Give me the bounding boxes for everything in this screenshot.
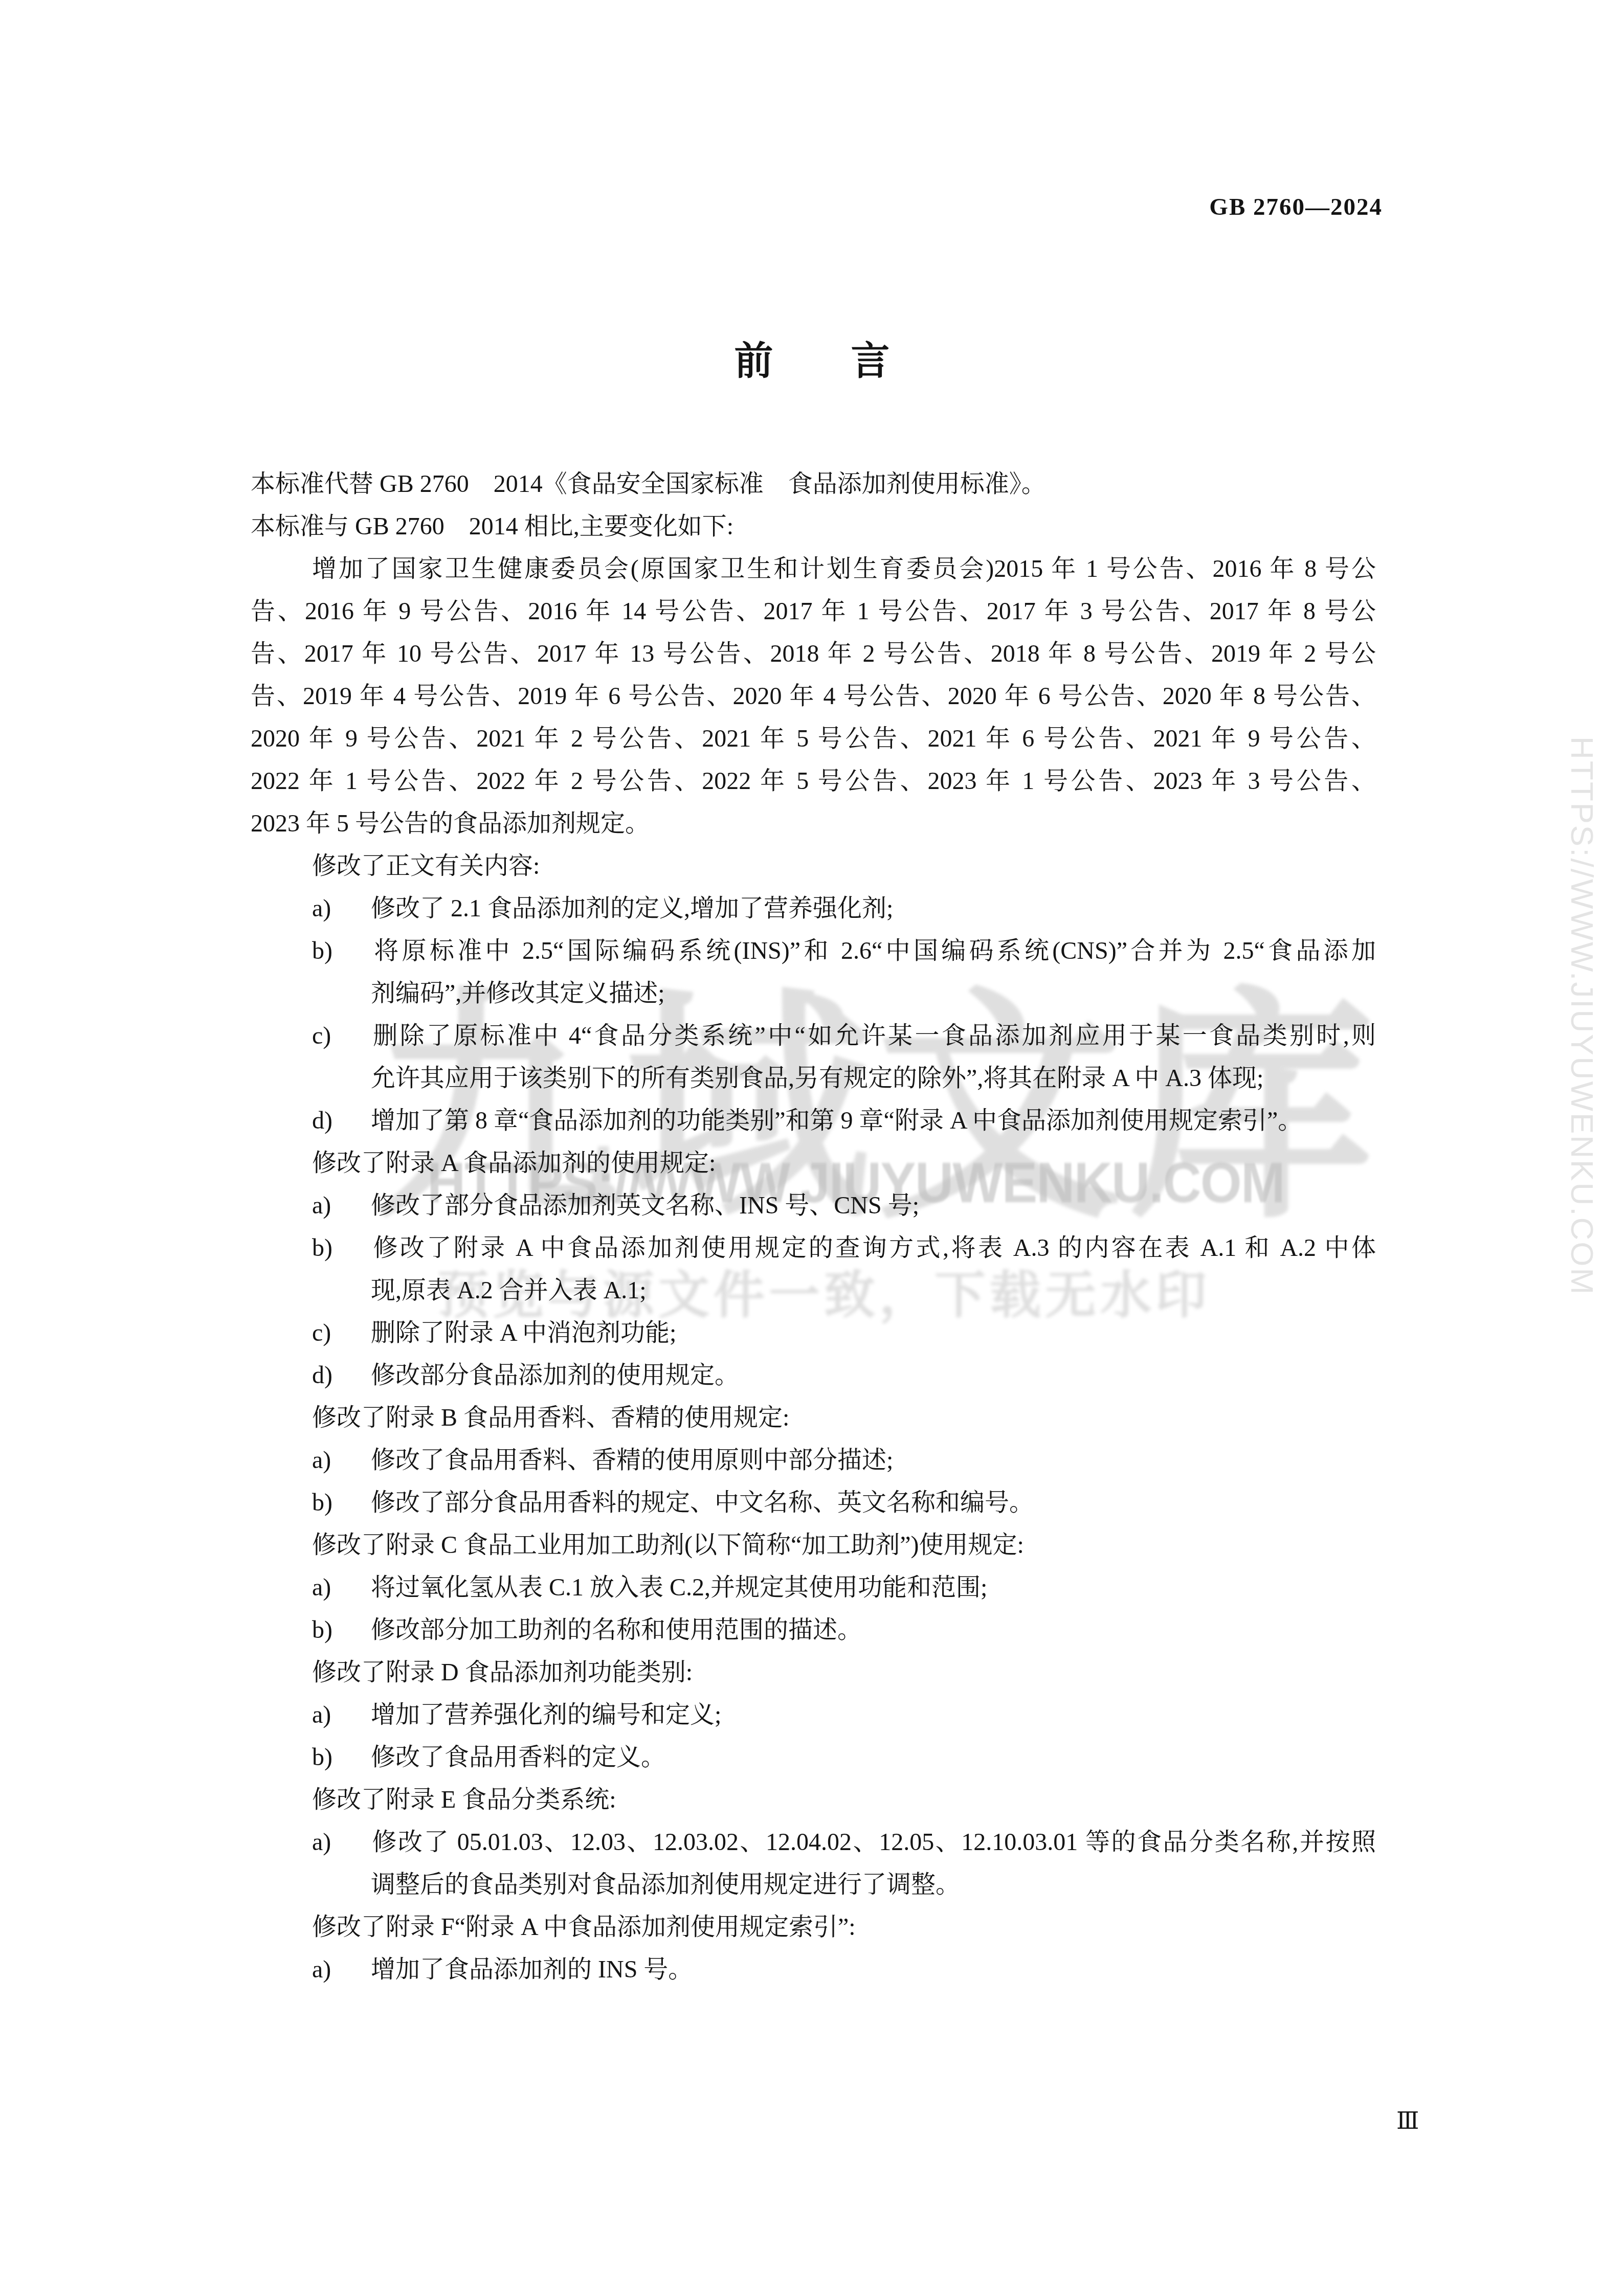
line-text: 2023 年 5 号公告的食品添加剂规定。 <box>251 810 650 837</box>
text-line: b)修改了附录 A 中食品添加剂使用规定的查询方式,将表 A.3 的内容在表 A… <box>312 1227 1376 1269</box>
text-line: b)修改了部分食品用香料的规定、中文名称、英文名称和编号。 <box>312 1481 1376 1524</box>
line-text: 修改了 2.1 食品添加剂的定义,增加了营养强化剂; <box>371 895 893 922</box>
list-marker: b) <box>312 1736 371 1779</box>
text-line: a)修改了部分食品添加剂英文名称、INS 号、CNS 号; <box>312 1184 1376 1227</box>
line-text: 2020 年 9 号公告、2021 年 2 号公告、2021 年 5 号公告、2… <box>251 725 1376 752</box>
line-text: 修改了部分食品用香料的规定、中文名称、英文名称和编号。 <box>371 1489 1034 1516</box>
document-lines: 本标准代替 GB 2760 2014《食品安全国家标准 食品添加剂使用标准》。本… <box>251 463 1376 1991</box>
text-line: b)修改部分加工助剂的名称和使用范围的描述。 <box>312 1609 1376 1651</box>
line-text: 2022 年 1 号公告、2022 年 2 号公告、2022 年 5 号公告、2… <box>251 768 1376 795</box>
line-text: 修改部分加工助剂的名称和使用范围的描述。 <box>371 1616 862 1644</box>
text-line: 修改了附录 A 食品添加剂的使用规定: <box>312 1142 1376 1184</box>
text-line: 告、2016 年 9 号公告、2016 年 14 号公告、2017 年 1 号公… <box>251 590 1376 633</box>
list-marker: d) <box>312 1099 371 1142</box>
line-text: 修改了部分食品添加剂英文名称、INS 号、CNS 号; <box>371 1192 919 1219</box>
line-text: 修改了附录 D 食品添加剂功能类别: <box>312 1659 693 1686</box>
document-page: GB 2760—2024 前 言 九域文库 HTTPS://WWW.JIUYUW… <box>0 0 1624 2296</box>
line-text: 增加了营养强化剂的编号和定义; <box>371 1701 721 1728</box>
text-line: 告、2017 年 10 号公告、2017 年 13 号公告、2018 年 2 号… <box>251 633 1376 675</box>
line-text: 删除了附录 A 中消泡剂功能; <box>371 1319 676 1346</box>
text-line: 现,原表 A.2 合并入表 A.1; <box>371 1269 1376 1312</box>
text-line: c)删除了附录 A 中消泡剂功能; <box>312 1312 1376 1354</box>
text-line: 2022 年 1 号公告、2022 年 2 号公告、2022 年 5 号公告、2… <box>251 760 1376 802</box>
text-line: 调整后的食品类别对食品添加剂使用规定进行了调整。 <box>371 1863 1376 1906</box>
text-line: c)删除了原标准中 4“食品分类系统”中“如允许某一食品添加剂应用于某一食品类别… <box>312 1015 1376 1057</box>
page-number: Ⅲ <box>1396 2107 1419 2134</box>
list-marker: c) <box>312 1015 371 1057</box>
text-line: a)增加了营养强化剂的编号和定义; <box>312 1694 1376 1736</box>
line-text: 修改部分食品添加剂的使用规定。 <box>371 1362 739 1389</box>
text-line: b)将原标准中 2.5“国际编码系统(INS)”和 2.6“中国编码系统(CNS… <box>312 930 1376 972</box>
page-title: 前 言 <box>0 330 1624 386</box>
list-marker: a) <box>312 1948 371 1991</box>
text-line: 本标准代替 GB 2760 2014《食品安全国家标准 食品添加剂使用标准》。 <box>251 463 1376 505</box>
text-line: 修改了附录 F“附录 A 中食品添加剂使用规定索引”: <box>312 1906 1376 1948</box>
line-text: 修改了食品用香料的定义。 <box>371 1744 665 1771</box>
list-marker: a) <box>312 1439 371 1481</box>
line-text: 告、2019 年 4 号公告、2019 年 6 号公告、2020 年 4 号公告… <box>251 683 1376 710</box>
line-text: 增加了第 8 章“食品添加剂的功能类别”和第 9 章“附录 A 中食品添加剂使用… <box>371 1107 1302 1134</box>
text-line: a)修改了 2.1 食品添加剂的定义,增加了营养强化剂; <box>312 887 1376 930</box>
line-text: 剂编码”,并修改其定义描述; <box>371 980 665 1007</box>
text-line: a)增加了食品添加剂的 INS 号。 <box>312 1948 1376 1991</box>
line-text: 将过氧化氢从表 C.1 放入表 C.2,并规定其使用功能和范围; <box>371 1574 987 1601</box>
text-line: a)修改了食品用香料、香精的使用原则中部分描述; <box>312 1439 1376 1481</box>
text-line: 修改了附录 C 食品工业用加工助剂(以下简称“加工助剂”)使用规定: <box>312 1524 1376 1566</box>
list-marker: a) <box>312 1694 371 1736</box>
line-text: 修改了附录 B 食品用香料、香精的使用规定: <box>312 1404 789 1431</box>
text-line: a)修改了 05.01.03、12.03、12.03.02、12.04.02、1… <box>312 1821 1376 1863</box>
line-text: 修改了附录 A 食品添加剂的使用规定: <box>312 1150 716 1177</box>
list-marker: b) <box>312 930 371 972</box>
text-line: 增加了国家卫生健康委员会(原国家卫生和计划生育委员会)2015 年 1 号公告、… <box>312 548 1376 590</box>
text-line: a)将过氧化氢从表 C.1 放入表 C.2,并规定其使用功能和范围; <box>312 1566 1376 1609</box>
standard-number-header: GB 2760—2024 <box>1209 193 1383 221</box>
text-line: 修改了附录 E 食品分类系统: <box>312 1779 1376 1821</box>
text-line: 允许其应用于该类别下的所有类别食品,另有规定的除外”,将其在附录 A 中 A.3… <box>371 1057 1376 1099</box>
list-marker: a) <box>312 1184 371 1227</box>
line-text: 修改了附录 F“附录 A 中食品添加剂使用规定索引”: <box>312 1914 856 1941</box>
line-text: 告、2017 年 10 号公告、2017 年 13 号公告、2018 年 2 号… <box>251 640 1376 667</box>
text-line: d)修改部分食品添加剂的使用规定。 <box>312 1354 1376 1397</box>
line-text: 修改了附录 C 食品工业用加工助剂(以下简称“加工助剂”)使用规定: <box>312 1532 1024 1559</box>
line-text: 修改了正文有关内容: <box>312 852 540 880</box>
list-marker: c) <box>312 1312 371 1354</box>
text-line: 告、2019 年 4 号公告、2019 年 6 号公告、2020 年 4 号公告… <box>251 675 1376 717</box>
text-line: d)增加了第 8 章“食品添加剂的功能类别”和第 9 章“附录 A 中食品添加剂… <box>312 1099 1376 1142</box>
line-text: 本标准与 GB 2760 2014 相比,主要变化如下: <box>251 513 733 540</box>
line-text: 调整后的食品类别对食品添加剂使用规定进行了调整。 <box>371 1871 960 1898</box>
line-text: 告、2016 年 9 号公告、2016 年 14 号公告、2017 年 1 号公… <box>251 598 1376 625</box>
text-line: b)修改了食品用香料的定义。 <box>312 1736 1376 1779</box>
line-text: 增加了食品添加剂的 INS 号。 <box>371 1956 693 1983</box>
text-line: 2023 年 5 号公告的食品添加剂规定。 <box>251 802 1376 845</box>
list-marker: a) <box>312 1566 371 1609</box>
line-text: 修改了 05.01.03、12.03、12.03.02、12.04.02、12.… <box>371 1829 1376 1856</box>
text-line: 修改了正文有关内容: <box>312 845 1376 887</box>
line-text: 修改了食品用香料、香精的使用原则中部分描述; <box>371 1447 893 1474</box>
list-marker: d) <box>312 1354 371 1397</box>
list-marker: b) <box>312 1227 371 1269</box>
text-line: 2020 年 9 号公告、2021 年 2 号公告、2021 年 5 号公告、2… <box>251 717 1376 760</box>
line-text: 删除了原标准中 4“食品分类系统”中“如允许某一食品添加剂应用于某一食品类别时,… <box>371 1022 1376 1049</box>
text-line: 本标准与 GB 2760 2014 相比,主要变化如下: <box>251 505 1376 548</box>
line-text: 将原标准中 2.5“国际编码系统(INS)”和 2.6“中国编码系统(CNS)”… <box>371 937 1376 964</box>
line-text: 本标准代替 GB 2760 2014《食品安全国家标准 食品添加剂使用标准》。 <box>251 470 1046 498</box>
list-marker: b) <box>312 1481 371 1524</box>
line-text: 现,原表 A.2 合并入表 A.1; <box>371 1277 647 1304</box>
line-text: 修改了附录 E 食品分类系统: <box>312 1786 616 1813</box>
list-marker: a) <box>312 1821 371 1863</box>
line-text: 修改了附录 A 中食品添加剂使用规定的查询方式,将表 A.3 的内容在表 A.1… <box>371 1234 1376 1262</box>
text-line: 修改了附录 B 食品用香料、香精的使用规定: <box>312 1397 1376 1439</box>
watermark-side-url: HTTPS://WWW.JIUYUWENKU.COM <box>1564 736 1600 1296</box>
list-marker: b) <box>312 1609 371 1651</box>
line-text: 增加了国家卫生健康委员会(原国家卫生和计划生育委员会)2015 年 1 号公告、… <box>312 555 1376 582</box>
list-marker: a) <box>312 887 371 930</box>
text-line: 修改了附录 D 食品添加剂功能类别: <box>312 1651 1376 1694</box>
line-text: 允许其应用于该类别下的所有类别食品,另有规定的除外”,将其在附录 A 中 A.3… <box>371 1065 1263 1092</box>
text-line: 剂编码”,并修改其定义描述; <box>371 972 1376 1015</box>
